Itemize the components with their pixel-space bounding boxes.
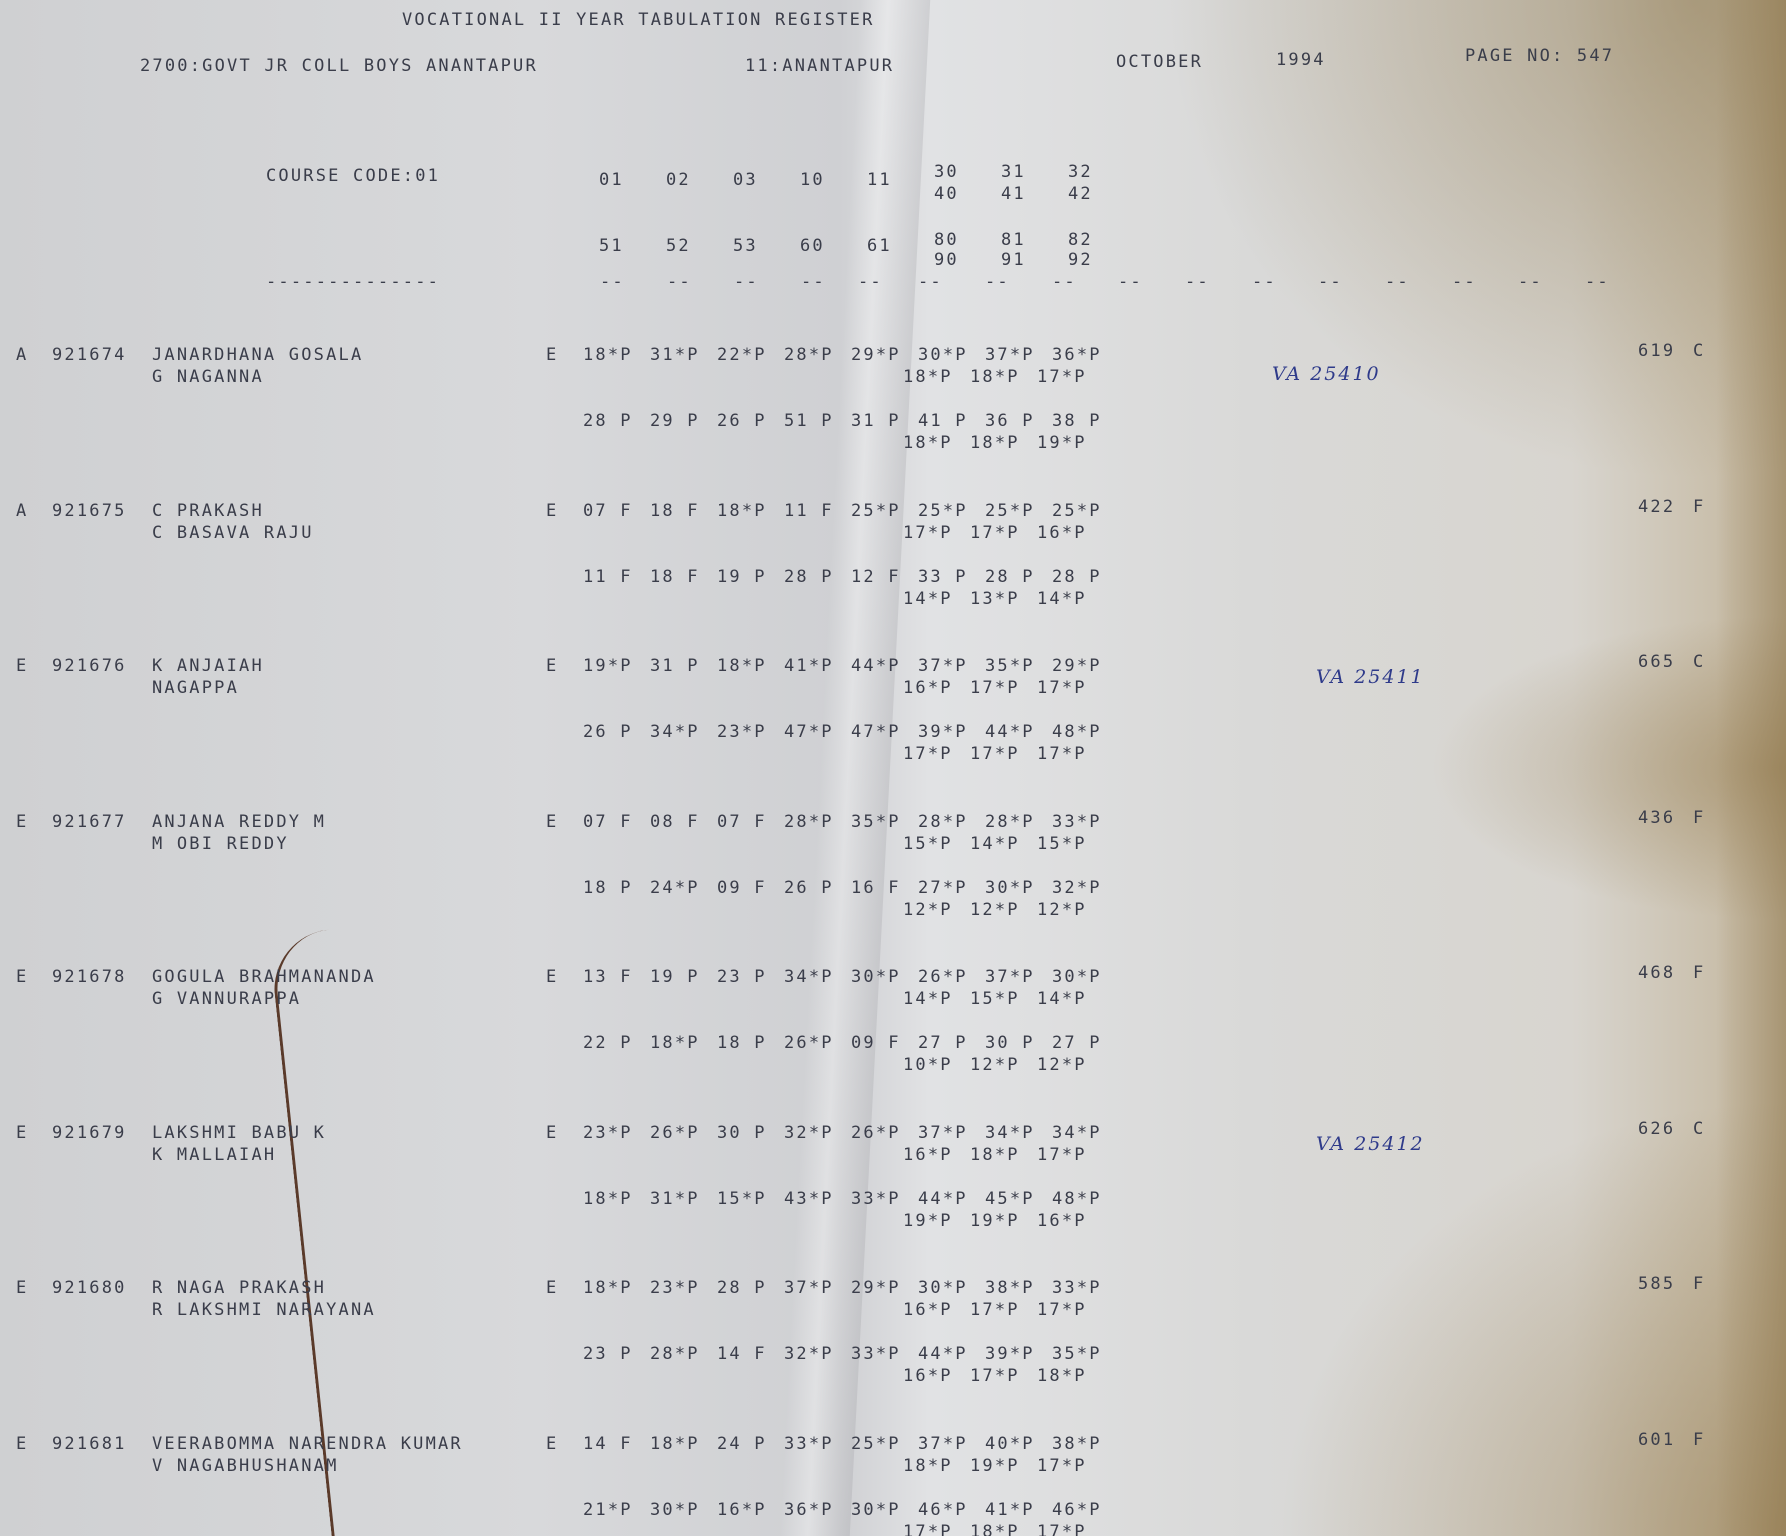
student-name: R NAGA PRAKASH bbox=[152, 1278, 326, 1298]
exam-year: 1994 bbox=[1276, 50, 1326, 70]
subject-mark: 24 P bbox=[717, 1434, 767, 1454]
subject-mark: 16*P bbox=[903, 1300, 953, 1320]
subject-mark: 27 P bbox=[918, 1033, 968, 1053]
subject-mark: 33*P bbox=[851, 1344, 901, 1364]
subject-mark: 18*P bbox=[650, 1434, 700, 1454]
column-divider: -- bbox=[734, 272, 759, 292]
medium-code: E bbox=[546, 1434, 558, 1454]
result-code: F bbox=[1693, 1274, 1705, 1294]
subject-mark: 09 F bbox=[851, 1033, 901, 1053]
column-divider: -- bbox=[1185, 272, 1210, 292]
subject-mark: 41*P bbox=[985, 1500, 1035, 1520]
result-code: F bbox=[1693, 497, 1705, 517]
subject-mark: 25*P bbox=[851, 1434, 901, 1454]
subject-mark: 35*P bbox=[851, 812, 901, 832]
category-code: E bbox=[16, 656, 28, 676]
subject-mark: 16*P bbox=[903, 1366, 953, 1386]
father-name: R LAKSHMI NARAYANA bbox=[152, 1300, 376, 1320]
subject-mark: 15*P bbox=[717, 1189, 767, 1209]
subject-mark: 18*P bbox=[717, 501, 767, 521]
father-name: M OBI REDDY bbox=[152, 834, 289, 854]
column-divider: -- bbox=[1118, 272, 1143, 292]
subject-mark: 14*P bbox=[1037, 989, 1087, 1009]
subject-mark: 17*P bbox=[903, 744, 953, 764]
subject-mark: 25*P bbox=[1052, 501, 1102, 521]
subject-mark: 45*P bbox=[985, 1189, 1035, 1209]
subject-mark: 37*P bbox=[985, 967, 1035, 987]
subject-mark: 29*P bbox=[851, 1278, 901, 1298]
subject-mark: 26 P bbox=[717, 411, 767, 431]
subject-mark: 07 F bbox=[717, 812, 767, 832]
subject-mark: 37*P bbox=[985, 345, 1035, 365]
subject-mark: 30*P bbox=[985, 878, 1035, 898]
category-code: A bbox=[16, 501, 28, 521]
subject-mark: 29*P bbox=[1052, 656, 1102, 676]
category-code: E bbox=[16, 1434, 28, 1454]
subject-mark: 17*P bbox=[1037, 367, 1087, 387]
subject-mark: 22 P bbox=[583, 1033, 633, 1053]
subject-mark: 14 F bbox=[583, 1434, 633, 1454]
father-name: K MALLAIAH bbox=[152, 1145, 276, 1165]
father-name: G NAGANNA bbox=[152, 367, 264, 387]
roll-number: 921680 bbox=[52, 1278, 127, 1298]
father-name: G VANNURAPPA bbox=[152, 989, 301, 1009]
subject-mark: 34*P bbox=[1052, 1123, 1102, 1143]
father-name: V NAGABHUSHANAM bbox=[152, 1456, 339, 1476]
medium-code: E bbox=[546, 501, 558, 521]
handwritten-note: VA 25412 bbox=[1316, 1133, 1425, 1155]
student-name: GOGULA BRAHMANANDA bbox=[152, 967, 376, 987]
result-code: C bbox=[1693, 652, 1705, 672]
subject-mark: 17*P bbox=[970, 1300, 1020, 1320]
student-name: LAKSHMI BABU K bbox=[152, 1123, 326, 1143]
course-code-label: COURSE CODE:01 bbox=[266, 166, 440, 186]
subject-mark: 17*P bbox=[970, 678, 1020, 698]
subject-mark: 18 F bbox=[650, 501, 700, 521]
subject-mark: 34*P bbox=[784, 967, 834, 987]
result-code: F bbox=[1693, 1430, 1705, 1450]
medium-code: E bbox=[546, 1278, 558, 1298]
subject-mark: 28 P bbox=[985, 567, 1035, 587]
subject-mark: 44*P bbox=[918, 1189, 968, 1209]
handwritten-note: VA 25410 bbox=[1272, 363, 1381, 385]
subject-mark: 51 P bbox=[784, 411, 834, 431]
category-code: E bbox=[16, 1278, 28, 1298]
subject-mark: 46*P bbox=[918, 1500, 968, 1520]
subject-mark: 28 P bbox=[1052, 567, 1102, 587]
subject-mark: 41 P bbox=[918, 411, 968, 431]
subject-mark: 37*P bbox=[918, 1123, 968, 1143]
subject-mark: 17*P bbox=[970, 744, 1020, 764]
column-divider: -- bbox=[1318, 272, 1343, 292]
subject-mark: 18*P bbox=[583, 1278, 633, 1298]
page-number: PAGE NO: 547 bbox=[1465, 46, 1614, 66]
subject-mark: 17*P bbox=[1037, 1456, 1087, 1476]
subject-mark: 18*P bbox=[970, 433, 1020, 453]
subject-mark: 43*P bbox=[784, 1189, 834, 1209]
medium-code: E bbox=[546, 345, 558, 365]
total-marks: 665 bbox=[1638, 652, 1675, 672]
subject-mark: 17*P bbox=[1037, 1300, 1087, 1320]
student-name: JANARDHANA GOSALA bbox=[152, 345, 363, 365]
subject-mark: 26 P bbox=[583, 722, 633, 742]
subject-mark: 14 F bbox=[717, 1344, 767, 1364]
subject-mark: 25*P bbox=[918, 501, 968, 521]
subject-mark: 44*P bbox=[985, 722, 1035, 742]
subject-mark: 36 P bbox=[985, 411, 1035, 431]
father-name: C BASAVA RAJU bbox=[152, 523, 314, 543]
exam-month: OCTOBER bbox=[1116, 52, 1203, 72]
subject-mark: 15*P bbox=[903, 834, 953, 854]
column-divider: -- bbox=[667, 272, 692, 292]
subject-mark: 30 P bbox=[985, 1033, 1035, 1053]
total-marks: 436 bbox=[1638, 808, 1675, 828]
subject-mark: 27*P bbox=[918, 878, 968, 898]
subject-code: 03 bbox=[733, 170, 758, 190]
subject-code: 11 bbox=[867, 170, 892, 190]
subject-mark: 13*P bbox=[970, 589, 1020, 609]
course-underline: -------------- bbox=[266, 272, 440, 292]
subject-mark: 18*P bbox=[1037, 1366, 1087, 1386]
subject-mark: 30*P bbox=[851, 967, 901, 987]
subject-mark: 48*P bbox=[1052, 1189, 1102, 1209]
roll-number: 921675 bbox=[52, 501, 127, 521]
subject-mark: 09 F bbox=[717, 878, 767, 898]
roll-number: 921679 bbox=[52, 1123, 127, 1143]
subject-mark: 17*P bbox=[970, 523, 1020, 543]
medium-code: E bbox=[546, 967, 558, 987]
medium-code: E bbox=[546, 1123, 558, 1143]
subject-mark: 19 P bbox=[717, 567, 767, 587]
subject-mark: 16*P bbox=[1037, 523, 1087, 543]
subject-mark: 26*P bbox=[918, 967, 968, 987]
roll-number: 921681 bbox=[52, 1434, 127, 1454]
subject-mark: 31 P bbox=[851, 411, 901, 431]
roll-number: 921677 bbox=[52, 812, 127, 832]
subject-mark: 11 F bbox=[784, 501, 834, 521]
subject-mark: 28*P bbox=[918, 812, 968, 832]
student-name: VEERABOMMA NARENDRA KUMAR bbox=[152, 1434, 463, 1454]
subject-mark: 18*P bbox=[970, 1145, 1020, 1165]
medium-code: E bbox=[546, 656, 558, 676]
subject-mark: 12*P bbox=[970, 900, 1020, 920]
subject-mark: 30*P bbox=[851, 1500, 901, 1520]
column-divider: -- bbox=[801, 272, 826, 292]
subject-mark: 33 P bbox=[918, 567, 968, 587]
subject-mark: 28 P bbox=[784, 567, 834, 587]
subject-mark: 18*P bbox=[583, 345, 633, 365]
subject-mark: 16*P bbox=[717, 1500, 767, 1520]
subject-mark: 16*P bbox=[1037, 1211, 1087, 1231]
total-marks: 626 bbox=[1638, 1119, 1675, 1139]
subject-mark: 33*P bbox=[784, 1434, 834, 1454]
subject-mark: 28*P bbox=[985, 812, 1035, 832]
subject-mark: 40*P bbox=[985, 1434, 1035, 1454]
subject-code: 42 bbox=[1068, 184, 1093, 204]
subject-mark: 15*P bbox=[1037, 834, 1087, 854]
subject-mark: 18*P bbox=[650, 1033, 700, 1053]
subject-mark: 38*P bbox=[985, 1278, 1035, 1298]
subject-mark: 07 F bbox=[583, 501, 633, 521]
subject-code: 82 bbox=[1068, 230, 1093, 250]
category-code: A bbox=[16, 345, 28, 365]
total-marks: 601 bbox=[1638, 1430, 1675, 1450]
subject-mark: 25*P bbox=[851, 501, 901, 521]
subject-code: 52 bbox=[666, 236, 691, 256]
subject-mark: 31*P bbox=[650, 1189, 700, 1209]
subject-mark: 26 P bbox=[784, 878, 834, 898]
subject-mark: 19 P bbox=[650, 967, 700, 987]
subject-mark: 19*P bbox=[970, 1211, 1020, 1231]
subject-mark: 35*P bbox=[985, 656, 1035, 676]
subject-mark: 30*P bbox=[650, 1500, 700, 1520]
subject-mark: 31 P bbox=[650, 656, 700, 676]
subject-mark: 22*P bbox=[717, 345, 767, 365]
subject-mark: 13 F bbox=[583, 967, 633, 987]
subject-mark: 14*P bbox=[903, 989, 953, 1009]
subject-mark: 14*P bbox=[1037, 589, 1087, 609]
result-code: F bbox=[1693, 808, 1705, 828]
subject-mark: 16 F bbox=[851, 878, 901, 898]
subject-code: 32 bbox=[1068, 162, 1093, 182]
subject-code: 02 bbox=[666, 170, 691, 190]
subject-mark: 29*P bbox=[851, 345, 901, 365]
subject-mark: 27 P bbox=[1052, 1033, 1102, 1053]
subject-mark: 23 P bbox=[583, 1344, 633, 1364]
column-divider: -- bbox=[1252, 272, 1277, 292]
result-code: C bbox=[1693, 341, 1705, 361]
subject-mark: 23 P bbox=[717, 967, 767, 987]
subject-mark: 44*P bbox=[918, 1344, 968, 1364]
subject-mark: 26*P bbox=[650, 1123, 700, 1143]
subject-mark: 39*P bbox=[985, 1344, 1035, 1364]
column-divider: -- bbox=[1518, 272, 1543, 292]
college-name: 2700:GOVT JR COLL BOYS ANANTAPUR bbox=[140, 56, 538, 76]
subject-mark: 18*P bbox=[970, 367, 1020, 387]
subject-mark: 12*P bbox=[1037, 1055, 1087, 1075]
subject-mark: 15*P bbox=[970, 989, 1020, 1009]
district-name: 11:ANANTAPUR bbox=[745, 56, 894, 76]
total-marks: 422 bbox=[1638, 497, 1675, 517]
subject-mark: 37*P bbox=[918, 656, 968, 676]
subject-code: 40 bbox=[934, 184, 959, 204]
register-title: VOCATIONAL II YEAR TABULATION REGISTER bbox=[402, 10, 875, 30]
subject-mark: 28 P bbox=[583, 411, 633, 431]
subject-mark: 37*P bbox=[784, 1278, 834, 1298]
subject-mark: 33*P bbox=[851, 1189, 901, 1209]
subject-mark: 12 F bbox=[851, 567, 901, 587]
subject-mark: 18 P bbox=[583, 878, 633, 898]
subject-mark: 17*P bbox=[970, 1366, 1020, 1386]
subject-mark: 48*P bbox=[1052, 722, 1102, 742]
subject-mark: 17*P bbox=[903, 523, 953, 543]
subject-mark: 38*P bbox=[1052, 1434, 1102, 1454]
roll-number: 921674 bbox=[52, 345, 127, 365]
subject-mark: 18 P bbox=[717, 1033, 767, 1053]
water-stain bbox=[1716, 0, 1786, 1536]
subject-mark: 31*P bbox=[650, 345, 700, 365]
subject-code: 92 bbox=[1068, 250, 1093, 270]
total-marks: 468 bbox=[1638, 963, 1675, 983]
subject-code: 91 bbox=[1001, 250, 1026, 270]
subject-mark: 14*P bbox=[970, 834, 1020, 854]
subject-code: 31 bbox=[1001, 162, 1026, 182]
subject-mark: 26*P bbox=[784, 1033, 834, 1053]
category-code: E bbox=[16, 967, 28, 987]
column-divider: -- bbox=[1385, 272, 1410, 292]
subject-mark: 12*P bbox=[903, 900, 953, 920]
subject-mark: 41*P bbox=[784, 656, 834, 676]
roll-number: 921678 bbox=[52, 967, 127, 987]
subject-code: 90 bbox=[934, 250, 959, 270]
medium-code: E bbox=[546, 812, 558, 832]
total-marks: 619 bbox=[1638, 341, 1675, 361]
subject-code: 81 bbox=[1001, 230, 1026, 250]
subject-mark: 17*P bbox=[1037, 678, 1087, 698]
column-divider: -- bbox=[985, 272, 1010, 292]
subject-mark: 33*P bbox=[1052, 1278, 1102, 1298]
result-code: C bbox=[1693, 1119, 1705, 1139]
subject-mark: 28 P bbox=[717, 1278, 767, 1298]
subject-mark: 17*P bbox=[1037, 1145, 1087, 1165]
subject-code: 80 bbox=[934, 230, 959, 250]
subject-mark: 16*P bbox=[903, 678, 953, 698]
subject-mark: 26*P bbox=[851, 1123, 901, 1143]
subject-mark: 32*P bbox=[1052, 878, 1102, 898]
subject-mark: 44*P bbox=[851, 656, 901, 676]
category-code: E bbox=[16, 1123, 28, 1143]
subject-code: 60 bbox=[800, 236, 825, 256]
subject-mark: 18*P bbox=[970, 1522, 1020, 1536]
column-divider: -- bbox=[1052, 272, 1077, 292]
subject-mark: 19*P bbox=[1037, 433, 1087, 453]
subject-mark: 30*P bbox=[1052, 967, 1102, 987]
student-name: K ANJAIAH bbox=[152, 656, 264, 676]
category-code: E bbox=[16, 812, 28, 832]
subject-mark: 38 P bbox=[1052, 411, 1102, 431]
father-name: NAGAPPA bbox=[152, 678, 239, 698]
subject-code: 61 bbox=[867, 236, 892, 256]
subject-mark: 46*P bbox=[1052, 1500, 1102, 1520]
subject-code: 51 bbox=[599, 236, 624, 256]
subject-mark: 08 F bbox=[650, 812, 700, 832]
student-name: ANJANA REDDY M bbox=[152, 812, 326, 832]
subject-mark: 36*P bbox=[784, 1500, 834, 1520]
subject-code: 30 bbox=[934, 162, 959, 182]
subject-mark: 19*P bbox=[583, 656, 633, 676]
subject-mark: 23*P bbox=[583, 1123, 633, 1143]
subject-mark: 34*P bbox=[985, 1123, 1035, 1143]
subject-mark: 32*P bbox=[784, 1123, 834, 1143]
subject-mark: 19*P bbox=[903, 1211, 953, 1231]
handwritten-note: VA 25411 bbox=[1316, 666, 1425, 688]
subject-mark: 34*P bbox=[650, 722, 700, 742]
subject-mark: 47*P bbox=[851, 722, 901, 742]
subject-mark: 18*P bbox=[903, 433, 953, 453]
subject-mark: 39*P bbox=[918, 722, 968, 742]
subject-code: 41 bbox=[1001, 184, 1026, 204]
subject-mark: 24*P bbox=[650, 878, 700, 898]
column-divider: -- bbox=[1585, 272, 1610, 292]
subject-mark: 28*P bbox=[784, 345, 834, 365]
subject-mark: 35*P bbox=[1052, 1344, 1102, 1364]
column-divider: -- bbox=[918, 272, 943, 292]
subject-mark: 36*P bbox=[1052, 345, 1102, 365]
subject-mark: 10*P bbox=[903, 1055, 953, 1075]
subject-code: 10 bbox=[800, 170, 825, 190]
subject-mark: 11 F bbox=[583, 567, 633, 587]
subject-mark: 07 F bbox=[583, 812, 633, 832]
column-divider: -- bbox=[600, 272, 625, 292]
subject-mark: 12*P bbox=[970, 1055, 1020, 1075]
subject-mark: 18*P bbox=[903, 1456, 953, 1476]
subject-mark: 25*P bbox=[985, 501, 1035, 521]
subject-mark: 30 P bbox=[717, 1123, 767, 1143]
subject-mark: 30*P bbox=[918, 1278, 968, 1298]
roll-number: 921676 bbox=[52, 656, 127, 676]
result-code: F bbox=[1693, 963, 1705, 983]
subject-mark: 18*P bbox=[903, 367, 953, 387]
subject-mark: 14*P bbox=[903, 589, 953, 609]
subject-mark: 37*P bbox=[918, 1434, 968, 1454]
subject-mark: 18*P bbox=[717, 656, 767, 676]
subject-mark: 17*P bbox=[1037, 1522, 1087, 1536]
subject-mark: 12*P bbox=[1037, 900, 1087, 920]
total-marks: 585 bbox=[1638, 1274, 1675, 1294]
subject-code: 53 bbox=[733, 236, 758, 256]
subject-mark: 18*P bbox=[583, 1189, 633, 1209]
subject-mark: 23*P bbox=[650, 1278, 700, 1298]
subject-mark: 18 F bbox=[650, 567, 700, 587]
student-name: C PRAKASH bbox=[152, 501, 264, 521]
subject-mark: 32*P bbox=[784, 1344, 834, 1364]
subject-mark: 23*P bbox=[717, 722, 767, 742]
subject-mark: 21*P bbox=[583, 1500, 633, 1520]
column-divider: -- bbox=[858, 272, 883, 292]
subject-code: 01 bbox=[599, 170, 624, 190]
subject-mark: 19*P bbox=[970, 1456, 1020, 1476]
subject-mark: 47*P bbox=[784, 722, 834, 742]
subject-mark: 30*P bbox=[918, 345, 968, 365]
subject-mark: 28*P bbox=[650, 1344, 700, 1364]
subject-mark: 28*P bbox=[784, 812, 834, 832]
column-divider: -- bbox=[1452, 272, 1477, 292]
subject-mark: 33*P bbox=[1052, 812, 1102, 832]
subject-mark: 17*P bbox=[1037, 744, 1087, 764]
subject-mark: 17*P bbox=[903, 1522, 953, 1536]
subject-mark: 16*P bbox=[903, 1145, 953, 1165]
subject-mark: 29 P bbox=[650, 411, 700, 431]
